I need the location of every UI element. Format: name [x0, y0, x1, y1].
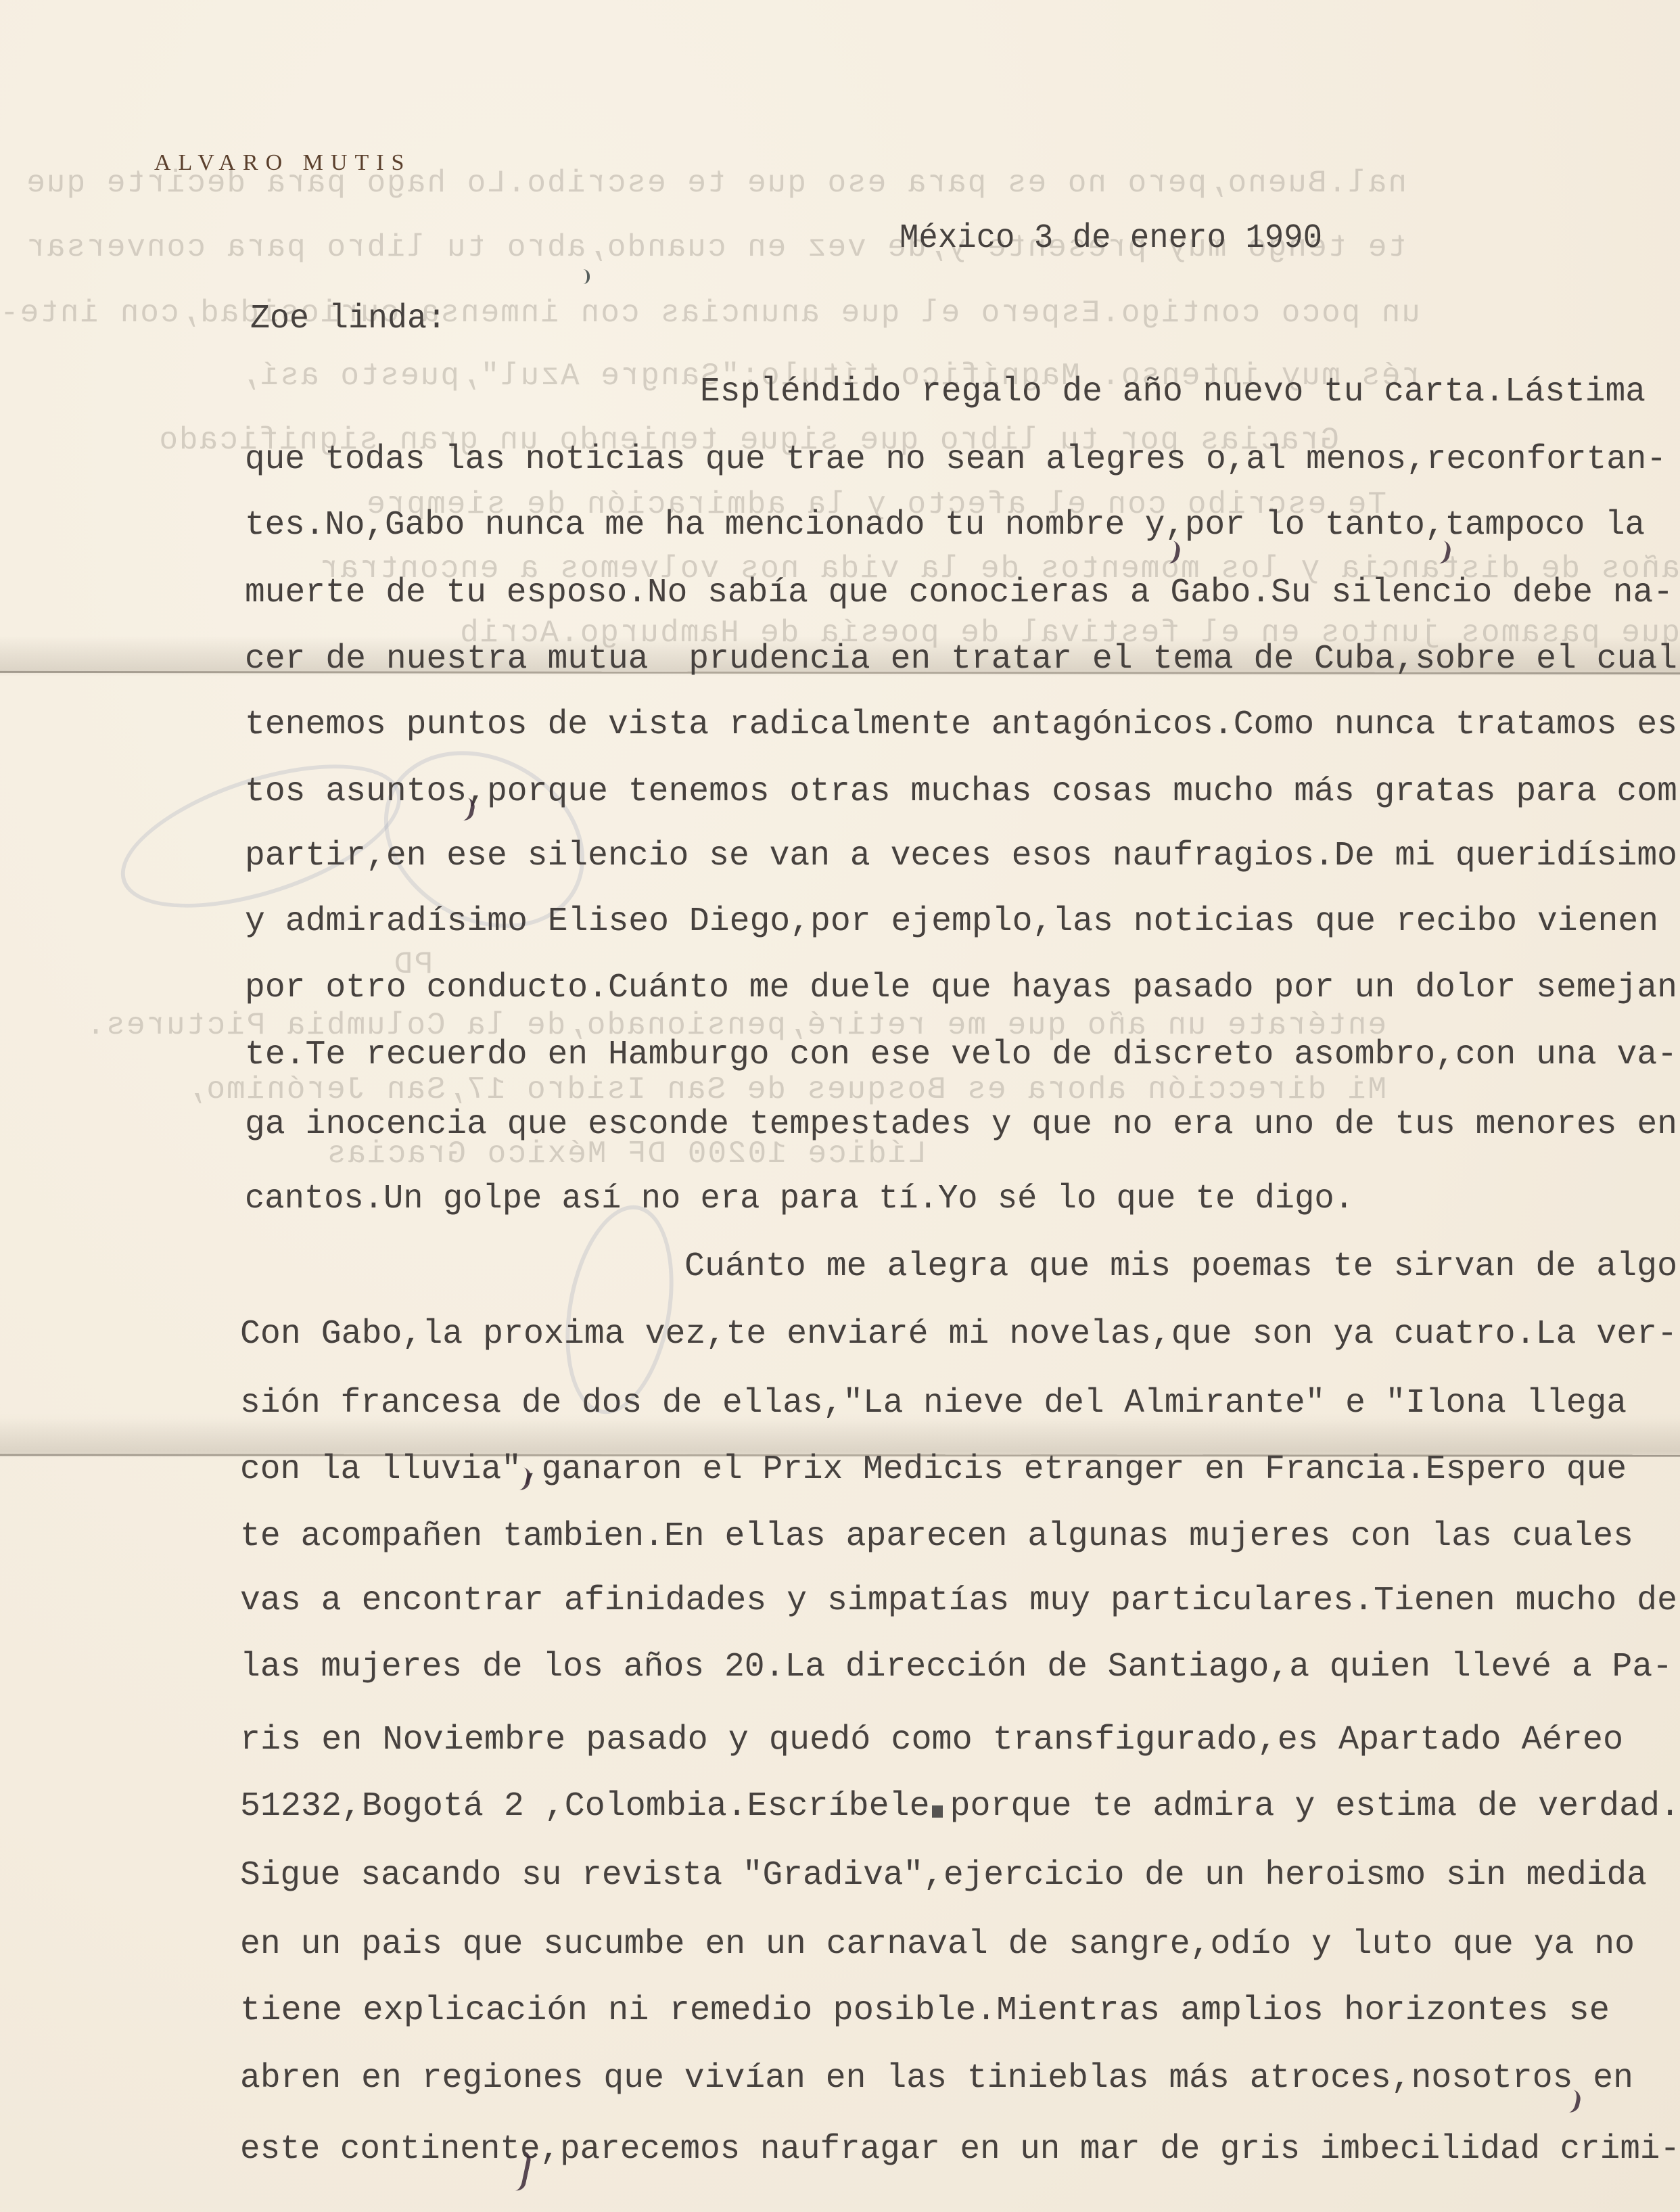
letter-line: tos asuntos,porque tenemos otras muchas … [245, 775, 1677, 809]
letter-line: ris en Noviembre pasado y quedó como tra… [240, 1724, 1623, 1757]
letterhead-name: ALVARO MUTIS [154, 150, 411, 176]
letter-line: tenemos puntos de vista radicalmente ant… [245, 708, 1677, 742]
letter-line: 51232,Bogotá 2 ,Colombia.Escríbele porqu… [240, 1790, 1680, 1824]
letter-line: Espléndido regalo de año nuevo tu carta.… [700, 375, 1646, 409]
letter-line: cantos.Un golpe así no era para tí.Yo sé… [245, 1182, 1354, 1216]
bleed-through-line: Mi dirección ahora es Bosques de San Isi… [185, 1072, 1386, 1107]
letter-line: te acompañen tambien.En ellas aparecen a… [240, 1520, 1633, 1554]
salutation: Zoe linda: [250, 302, 446, 336]
letter-date: México 3 de enero 1990 [900, 222, 1322, 256]
letter-line: Sigue sacando su revista "Gradiva",ejerc… [240, 1859, 1647, 1893]
letter-line: partir,en ese silencio se van a veces es… [245, 839, 1677, 873]
letter-line: abren en regiones que vivían en las tini… [240, 2062, 1633, 2096]
letter-line: sión francesa de dos de ellas,"La nieve … [240, 1387, 1627, 1421]
letter-line: te.Te recuerdo en Hamburgo con ese velo … [245, 1038, 1677, 1072]
letter-line: con la lluvia",ganaron el Prix Medicis e… [240, 1453, 1627, 1487]
letter-line: por otro conducto.Cuánto me duele que ha… [245, 971, 1677, 1005]
letter-line: vas a encontrar afinidades y simpatías m… [240, 1584, 1677, 1618]
letter-line: y admiradísimo Eliseo Diego,por ejemplo,… [245, 905, 1658, 939]
letter-line: que todas las noticias que trae no sean … [245, 443, 1666, 477]
letter-line: cer de nuestra mutua prudencia en tratar… [245, 643, 1677, 676]
letter-line: en un pais que sucumbe en un carnaval de… [240, 1928, 1635, 1962]
letter-line: tiene explicación ni remedio posible.Mie… [240, 1994, 1610, 2028]
typing-correction-smudge [932, 1805, 943, 1818]
letter-line: Cuánto me alegra que mis poemas te sirva… [684, 1250, 1677, 1284]
letter-line: ga inocencia que esconde tempestades y q… [245, 1108, 1677, 1142]
letter-line: Con Gabo,la proxima vez,te enviaré mi no… [240, 1318, 1677, 1352]
letter-line: este continente,parecemos naufragar en u… [240, 2133, 1680, 2167]
letter-line: muerte de tu esposo.No sabía que conocie… [245, 576, 1673, 610]
letter-line: las mujeres de los años 20.La dirección … [240, 1651, 1673, 1684]
bleed-through-line: un poco contigo.Espero el que anuncias c… [0, 296, 1420, 331]
letter-line: tes.No,Gabo nunca me ha mencionado tu no… [245, 509, 1645, 543]
